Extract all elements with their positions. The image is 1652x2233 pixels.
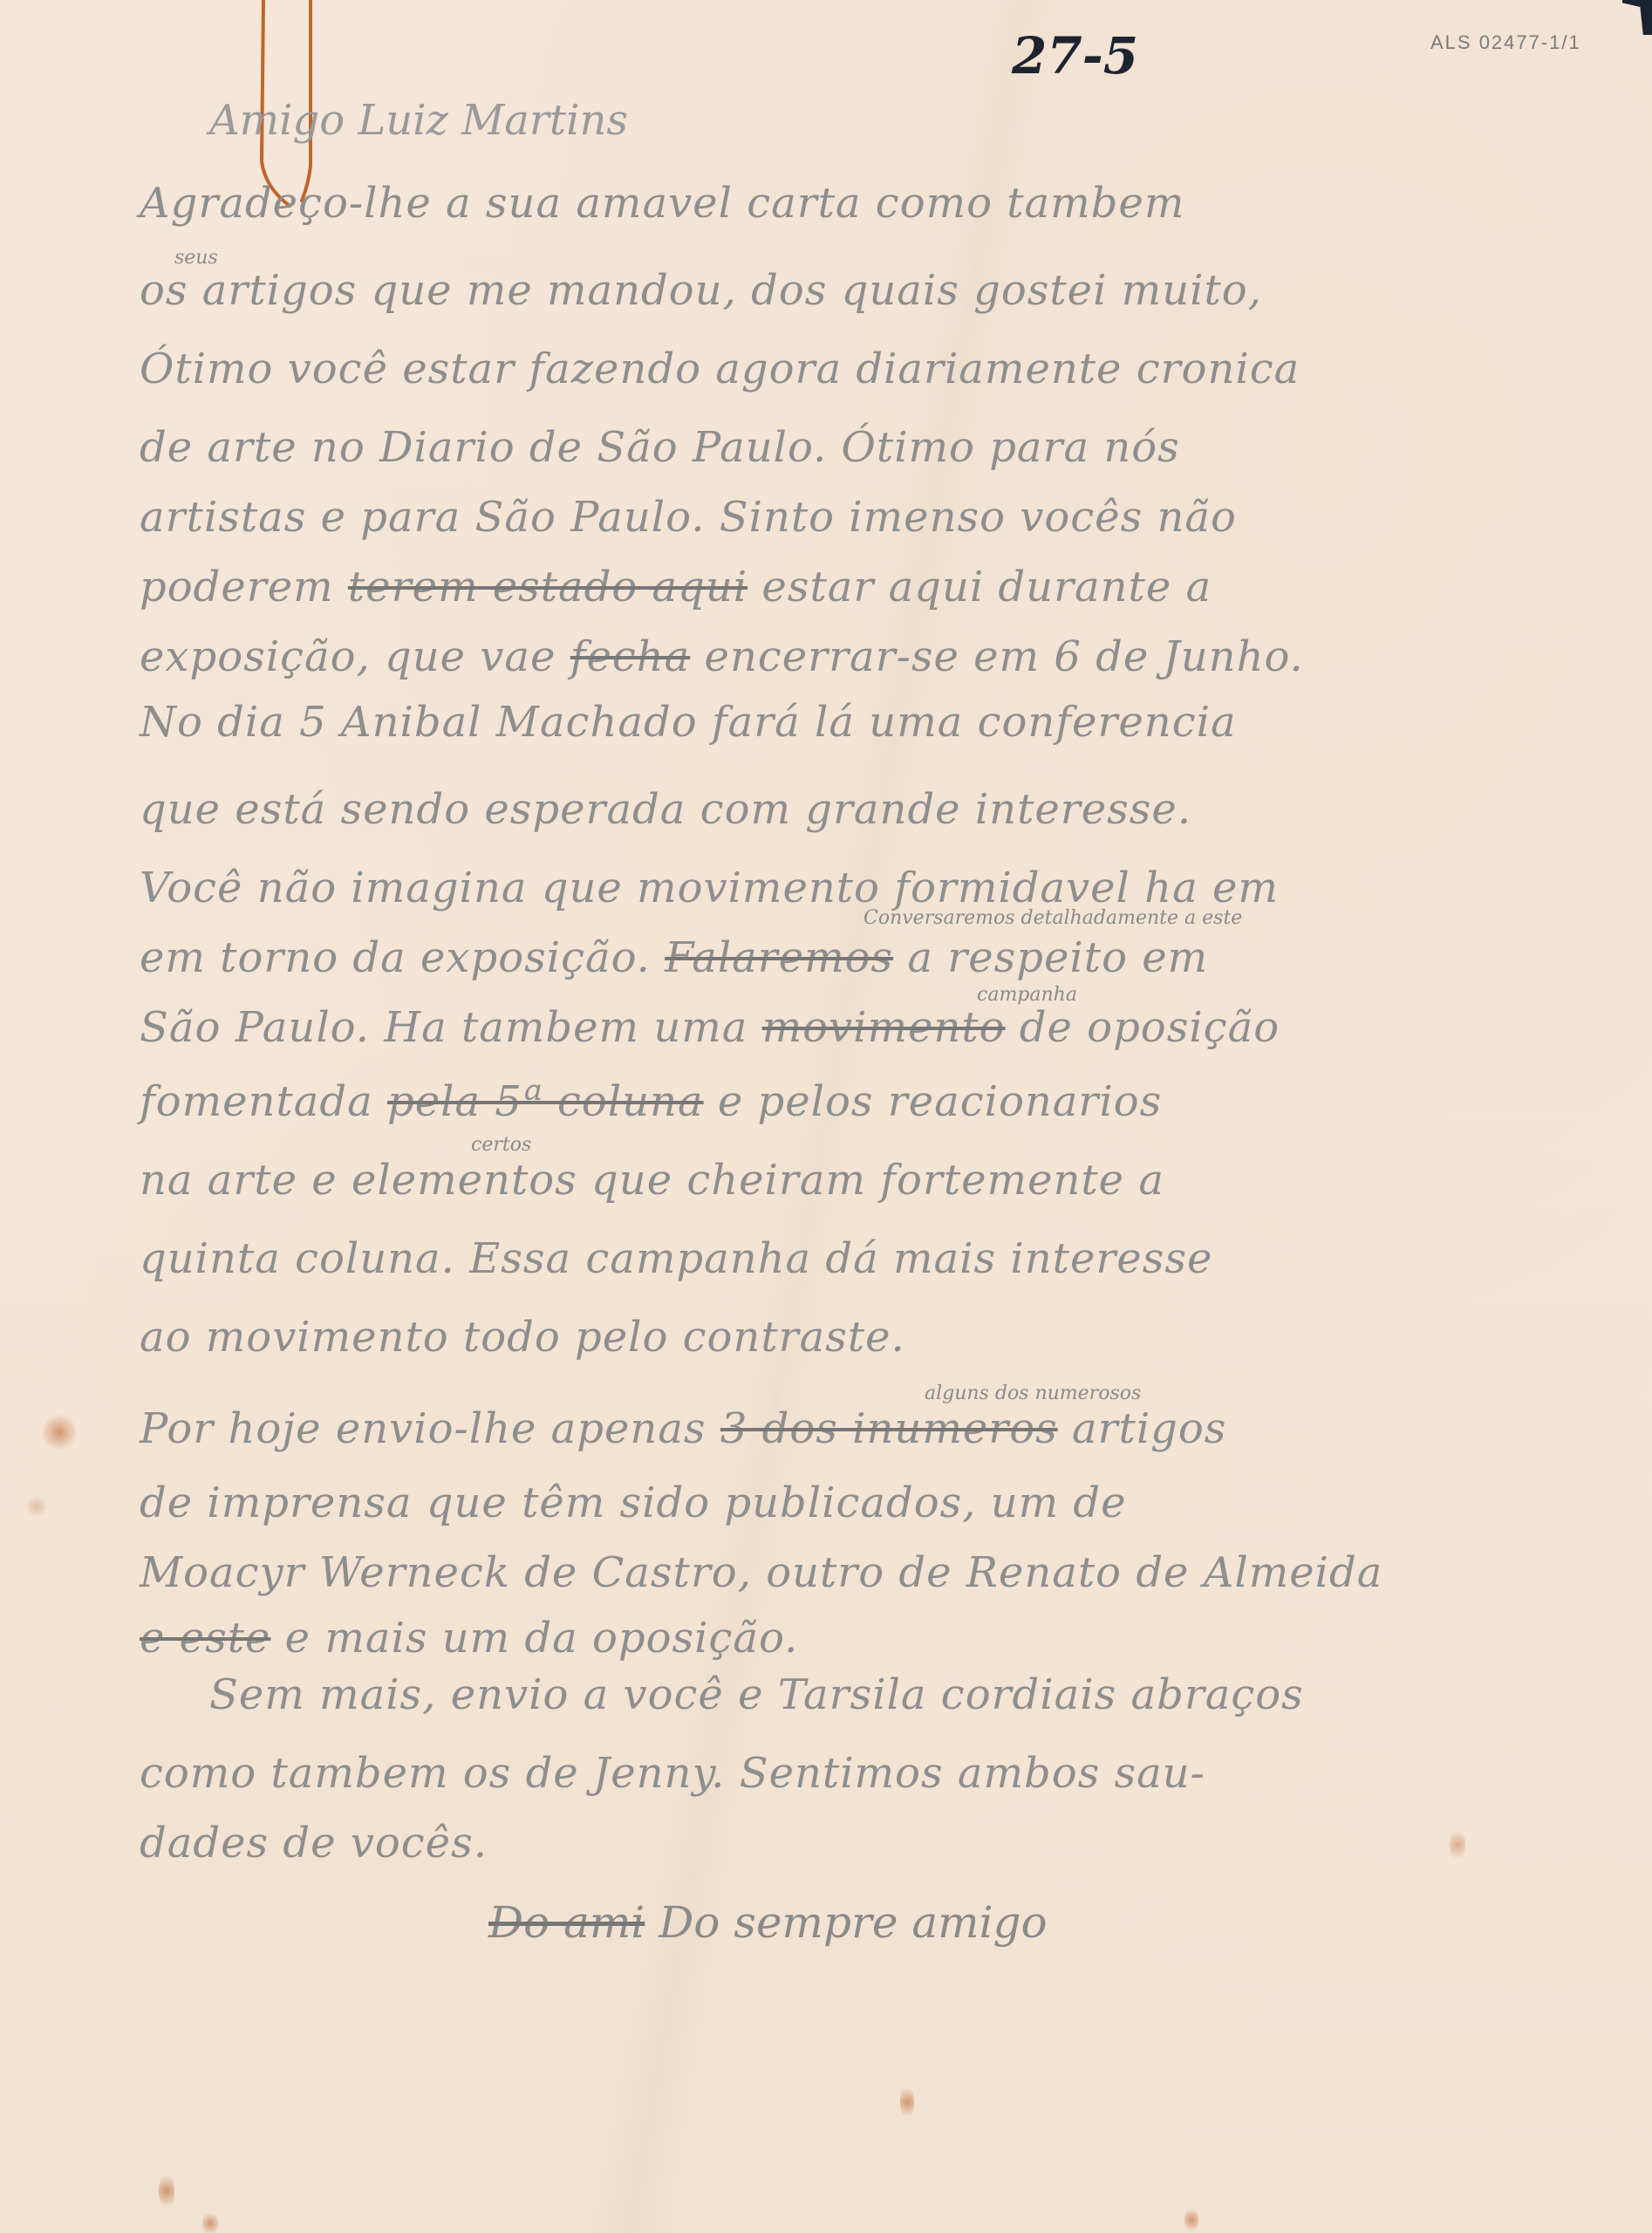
letter-line: Moacyr Werneck de Castro, outro de Renat…: [140, 1548, 1382, 1597]
line-insertion: alguns dos numerosos: [925, 1383, 1141, 1404]
struck-text: 3 dos inumeros: [720, 1404, 1058, 1453]
scan-corner-shadow: [1622, 0, 1652, 35]
letter-line: fomentada pela 5ª coluna e pelos reacion…: [140, 1077, 1162, 1126]
letter-line: os artigos que me mandou, dos quais gost…: [140, 266, 1262, 315]
letter-line: Ótimo você estar fazendo agora diariamen…: [140, 345, 1300, 393]
foxing-stain: [42, 1415, 77, 1450]
struck-text: terem estado aqui: [348, 563, 747, 611]
letter-line: na arte e elementos que cheiram fortemen…: [140, 1156, 1164, 1205]
letter-line: de arte no Diario de São Paulo. Ótimo pa…: [140, 423, 1180, 472]
letter-line: Agradeço-lhe a sua amavel carta como tam…: [140, 179, 1184, 228]
letter-line: quinta coluna. Essa campanha dá mais int…: [140, 1234, 1212, 1283]
letter-page: ALS 02477-1/1 27-5 Amigo Luiz Martins Ag…: [0, 0, 1652, 2233]
struck-text: movimento: [762, 1003, 1006, 1052]
letter-line: exposição, que vae fecha encerrar-se em …: [140, 632, 1304, 681]
foxing-stain: [159, 2172, 174, 2210]
foxing-stain: [202, 2211, 218, 2233]
foxing-stain: [1184, 2207, 1198, 2233]
foxing-stain: [900, 2085, 914, 2120]
line-insertion: certos: [471, 1134, 531, 1156]
letter-line: Por hoje envio-lhe apenas 3 dos inumeros…: [140, 1404, 1226, 1453]
letter-line: artistas e para São Paulo. Sinto imenso …: [140, 493, 1237, 542]
letter-line: em torno da exposição. Falaremos a respe…: [140, 933, 1208, 982]
letter-line: de imprensa que têm sido publicados, um …: [140, 1478, 1127, 1527]
line-insertion: Conversaremos detalhadamente a este: [864, 907, 1242, 929]
date-mark: 27-5: [1012, 26, 1138, 85]
struck-text: e este: [140, 1614, 270, 1663]
salutation: Amigo Luiz Martins: [209, 96, 628, 145]
letter-line: e este e mais um da oposição.: [140, 1614, 798, 1663]
foxing-stain: [26, 1496, 47, 1517]
closing-signature: Do ami Do sempre amigo: [488, 1897, 1048, 1948]
letter-line: No dia 5 Anibal Machado fará lá uma conf…: [140, 698, 1237, 747]
struck-text: Do ami: [488, 1897, 645, 1948]
struck-text: pela 5ª coluna: [387, 1077, 704, 1126]
letter-line: Você não imagina que movimento formidave…: [140, 864, 1279, 912]
letter-line: São Paulo. Ha tambem uma movimento de op…: [140, 1003, 1280, 1052]
foxing-stain: [1450, 1827, 1465, 1862]
letter-line: Sem mais, envio a você e Tarsila cordiai…: [209, 1670, 1304, 1719]
struck-text: fecha: [570, 632, 691, 681]
archive-id: ALS 02477-1/1: [1430, 31, 1581, 54]
struck-text: Falaremos: [665, 933, 893, 982]
letter-line: ao movimento todo pelo contraste.: [140, 1313, 905, 1362]
letter-line: que está sendo esperada com grande inter…: [140, 785, 1191, 834]
letter-line: como tambem os de Jenny. Sentimos ambos …: [140, 1749, 1205, 1798]
letter-line: dades de vocês.: [140, 1819, 488, 1868]
letter-line: poderem terem estado aqui estar aqui dur…: [140, 563, 1212, 611]
